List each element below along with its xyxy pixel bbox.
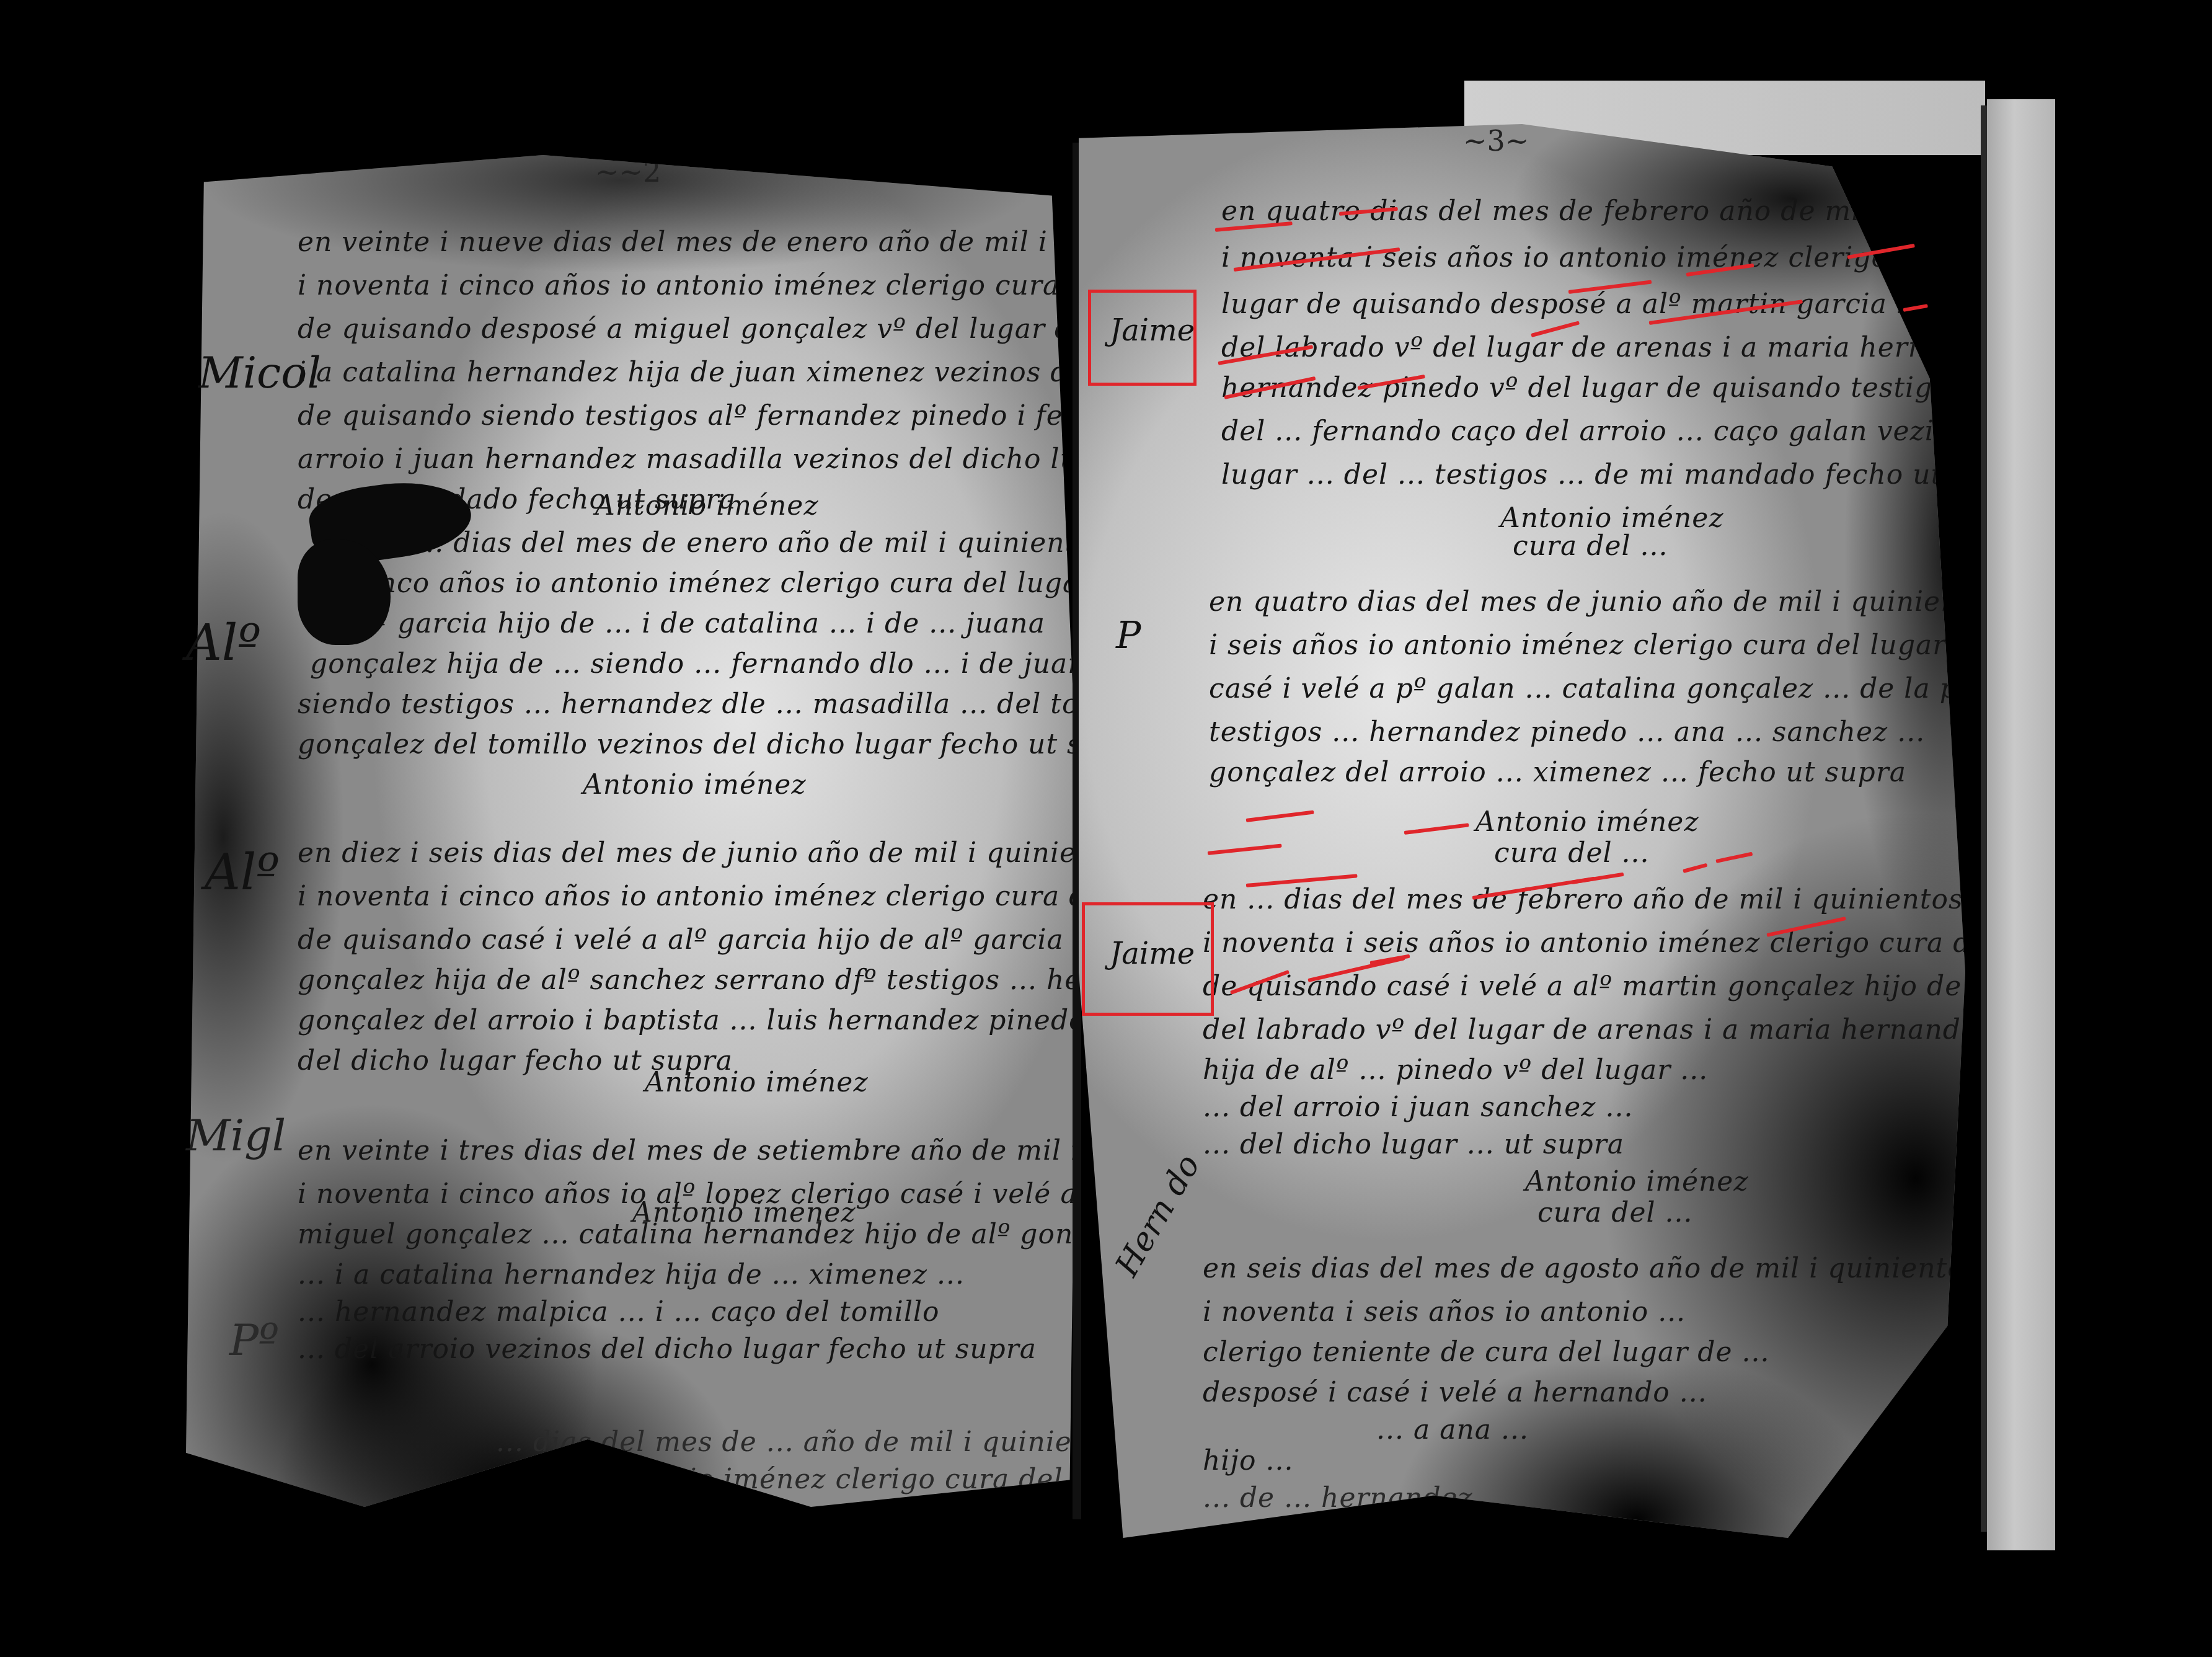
entry-line: desposé i casé i velé a hernando ...	[1203, 1377, 1707, 1408]
loose-paper-slip-right	[1987, 99, 2055, 1550]
entry-line: arroio i juan hernandez masadilla vezino…	[298, 443, 1079, 475]
annotation-box	[1082, 902, 1214, 1016]
priest-signature: Antonio iménez	[1475, 806, 1699, 838]
entry-line: de quisando siendo testigos alº fernande…	[298, 400, 1079, 432]
entry-line: en diez i seis dias del mes de junio año…	[298, 837, 1079, 869]
annotation-box	[1088, 290, 1197, 386]
priest-signature: Antonio iménez	[583, 769, 807, 801]
entry-line: i noventa i cinco años io antonio iménez…	[298, 270, 1079, 301]
entry-line: ... del arroio vezinos del dicho lugar f…	[298, 1333, 1037, 1365]
entry-line: en ... dias del mes de enero año de mil …	[372, 527, 1079, 559]
entry-line: i noventa i seis años io antonio iménez …	[1203, 927, 1965, 959]
priest-title: cura del ...	[1494, 837, 1649, 869]
priest-signature: Antonio iménez	[632, 1197, 856, 1228]
entry-line: i noventa i cinco años io antonio iménez…	[298, 881, 1079, 912]
priest-signature: Antonio iménez	[595, 490, 819, 522]
entry-line: del labrado vº del lugar de arenas i a m…	[1221, 332, 1965, 363]
priest-signature: Antonio iménez	[1525, 1166, 1749, 1197]
entry-line: en ... dias del mes de febrero año de mi…	[1203, 884, 1963, 915]
entry-line: ... hernandez malpica ... i ... caço del…	[298, 1296, 940, 1328]
entry-line: ... a ana ...	[1376, 1414, 1529, 1446]
right-page: ~3~ en quatro dias del mes de febrero añ…	[1079, 124, 1965, 1538]
entry-line: de quisando desposé a miguel gonçalez vº…	[298, 313, 1079, 345]
entry-line: lugar de quisando desposé a alº martin g…	[1221, 288, 1965, 320]
entry-line: hernandez pinedo vº del lugar de quisand…	[1221, 372, 1965, 404]
entry-line: gonçalez del arroio i baptista ... luis …	[298, 1005, 1079, 1036]
entry-line: a alº garcia hijo de ... i de catalina .…	[322, 608, 1045, 639]
entry-line: del ... fernando caço del arroio ... caç…	[1221, 415, 1965, 447]
entry-line: de quisando casé i velé a alº garcia hij…	[298, 924, 1079, 956]
entry-line: del labrado vº del lugar de arenas i a m…	[1203, 1014, 1965, 1046]
entry-line: ... del dicho lugar ... ut supra	[1203, 1129, 1624, 1160]
entry-line: casé i velé a pº galan ... catalina gonç…	[1209, 673, 1965, 704]
folio-number: ~3~	[1463, 124, 1529, 158]
entry-line: hija de alº ... pinedo vº del lugar ...	[1203, 1054, 1708, 1086]
margin-note: Migl	[186, 1110, 286, 1161]
margin-note: Micol	[198, 347, 321, 398]
entry-line: gonçalez del tomillo vezinos del dicho l…	[298, 729, 1079, 760]
priest-signature: Antonio iménez	[645, 1067, 869, 1098]
entry-line: gonçalez hija de alº sanchez serrano dfº…	[298, 964, 1079, 996]
entry-line: hijo ...	[1203, 1445, 1294, 1477]
entry-line: i seis años io antonio iménez clerigo cu…	[1209, 629, 1965, 661]
margin-note: Alº	[205, 843, 280, 901]
entry-line: en veinte i tres dias del mes de setiemb…	[298, 1135, 1079, 1166]
entry-line: en veinte i nueve dias del mes de enero …	[298, 226, 1079, 258]
priest-title: cura del ...	[1537, 1197, 1692, 1228]
entry-line: i a catalina hernandez hija de juan xime…	[298, 357, 1079, 388]
entry-line: i noventa i seis años io antonio ...	[1203, 1296, 1686, 1328]
entry-line: en seis dias del mes de agosto año de mi…	[1203, 1253, 1965, 1284]
priest-signature: Antonio iménez	[1500, 502, 1724, 534]
priest-title: cura del ...	[1513, 530, 1668, 562]
margin-note: Pº	[229, 1315, 279, 1366]
entry-line: ... del arroio i juan sanchez ...	[1203, 1091, 1633, 1123]
entry-line: clerigo teniente de cura del lugar de ..…	[1203, 1336, 1769, 1368]
entry-line: gonçalez hija de ... siendo ... fernando…	[310, 648, 1079, 680]
entry-line: de quisando casé i velé a alº martin gon…	[1203, 971, 1965, 1002]
entry-line: gonçalez del arroio ... ximenez ... fech…	[1209, 757, 1906, 788]
entry-line: testigos ... hernandez pinedo ... ana ..…	[1209, 716, 1925, 748]
margin-note: Alº	[186, 614, 261, 672]
margin-note: P	[1116, 614, 1141, 657]
entry-line: ... i a catalina hernandez hija de ... x…	[298, 1259, 965, 1291]
entry-line: siendo testigos ... hernandez dle ... ma…	[298, 688, 1079, 720]
entry-line: i cinco años io antonio iménez clerigo c…	[335, 567, 1079, 599]
entry-line: en quatro dias del mes de junio año de m…	[1209, 586, 1965, 618]
entry-line: lugar ... del ... testigos ... de mi man…	[1221, 459, 1965, 491]
